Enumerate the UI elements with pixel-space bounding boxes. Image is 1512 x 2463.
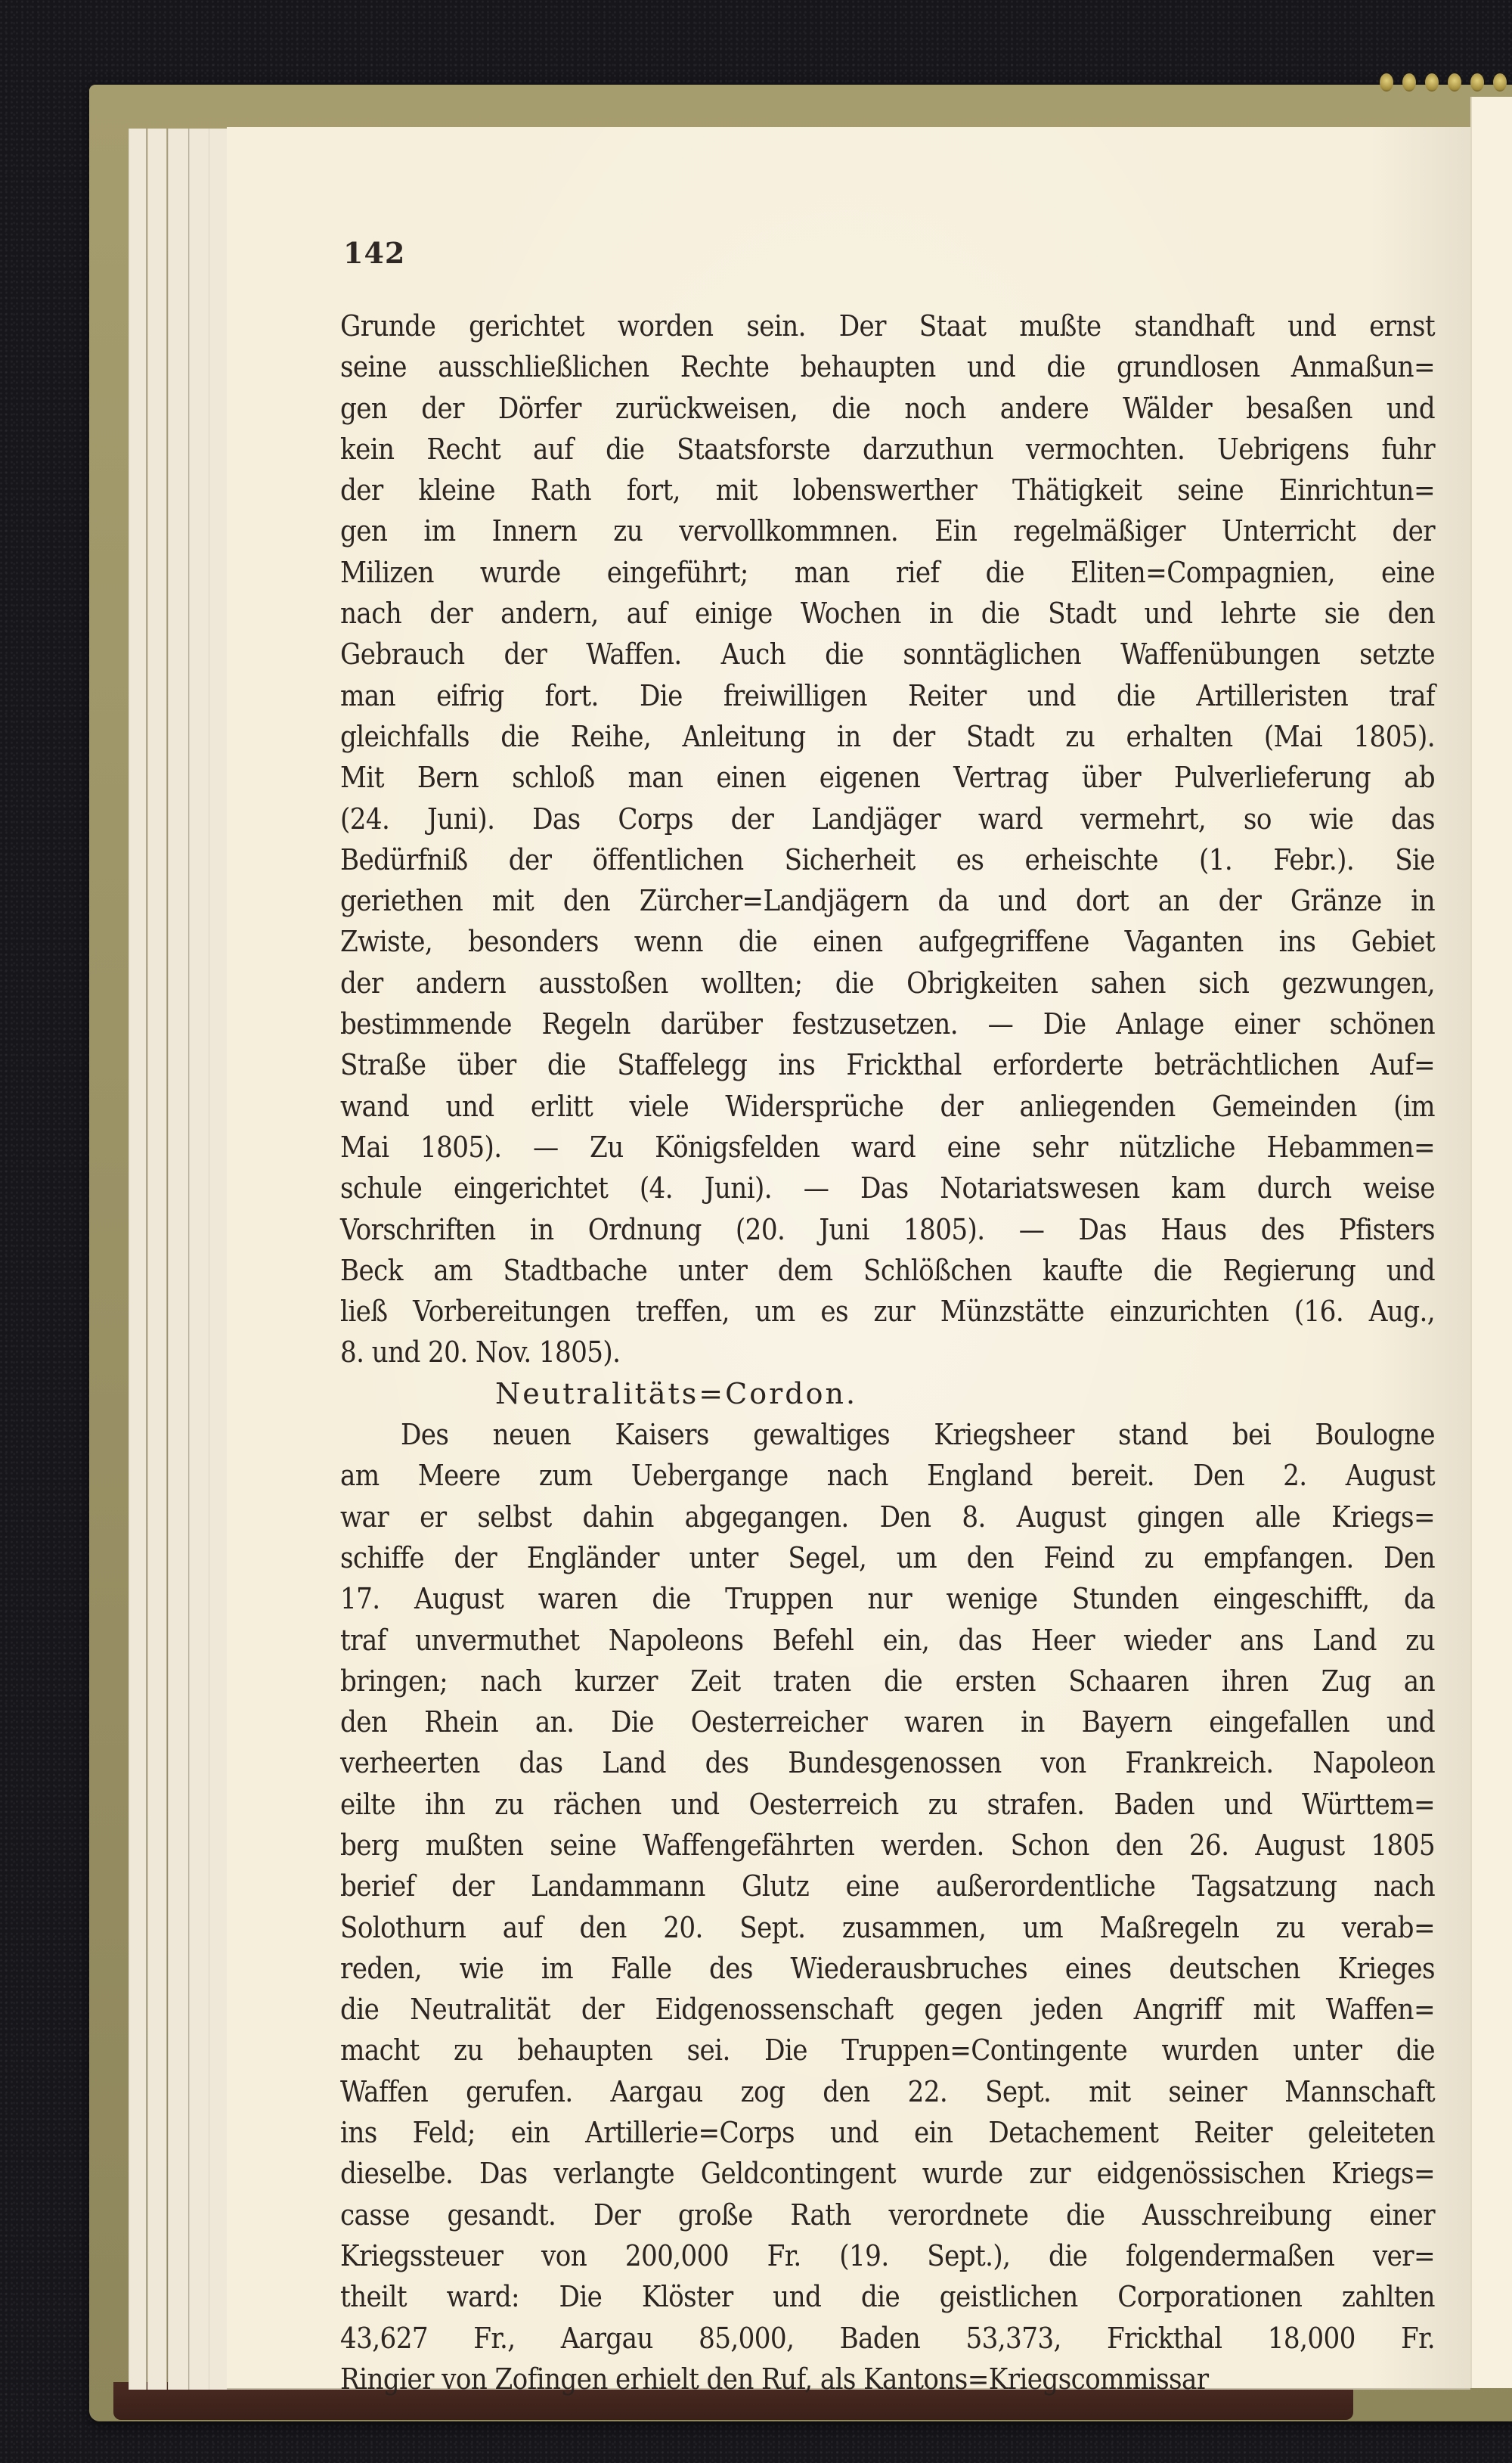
text-line: macht zu behaupten sei. Die Truppen=Cont… <box>340 2030 1435 2071</box>
text-line: gleichfalls die Reihe, Anleitung in der … <box>340 716 1435 757</box>
text-line: wand und erlitt viele Widersprüche der a… <box>340 1086 1435 1127</box>
text-line: der kleine Rath fort, mit lobenswerther … <box>340 470 1435 510</box>
text-line: Beck am Stadtbache unter dem Schlößchen … <box>340 1250 1435 1291</box>
text-line: 43,627 Fr., Aargau 85,000, Baden 53,373,… <box>340 2318 1435 2359</box>
binding-ring-icon <box>1493 73 1507 92</box>
binding-rings <box>1380 70 1512 95</box>
text-line: war er selbst dahin abgegangen. Den 8. A… <box>340 1497 1435 1537</box>
text-line: berg mußten seine Waffengefährten werden… <box>340 1825 1435 1866</box>
binding-ring-icon <box>1402 73 1416 92</box>
text-line: bestimmende Regeln darüber festzusetzen.… <box>340 1004 1435 1044</box>
text-line: traf unvermuthet Napoleons Befehl ein, d… <box>340 1620 1435 1661</box>
text-line: der andern ausstoßen wollten; die Obrigk… <box>340 963 1435 1004</box>
text-line: verheerten das Land des Bundesgenossen v… <box>340 1742 1435 1783</box>
text-line: Mit Bern schloß man einen eigenen Vertra… <box>340 757 1435 798</box>
text-line: Mai 1805). — Zu Königsfelden ward eine s… <box>340 1127 1435 1168</box>
page-edge <box>147 129 167 2390</box>
section-heading: Neutralitäts=Cordon. <box>340 1373 1435 1414</box>
page-edge <box>189 129 210 2390</box>
binding-ring-icon <box>1448 73 1461 92</box>
binding-ring-icon <box>1380 73 1393 92</box>
text-line: Des neuen Kaisers gewaltiges Kriegsheer … <box>340 1414 1435 1455</box>
page-number: 142 <box>343 236 405 270</box>
text-line: eilte ihn zu rächen und Oesterreich zu s… <box>340 1784 1435 1825</box>
text-line: Zwiste, besonders wenn die einen aufgegr… <box>340 921 1435 962</box>
body-text: Grunde gerichtet worden sein. Der Staat … <box>340 306 1435 2399</box>
binding-ring-icon <box>1470 73 1484 92</box>
text-line: casse gesandt. Der große Rath verordnete… <box>340 2195 1435 2235</box>
text-line: schiffe der Engländer unter Segel, um de… <box>340 1537 1435 1578</box>
text-line: Solothurn auf den 20. Sept. zusammen, um… <box>340 1907 1435 1948</box>
text-line: Waffen gerufen. Aargau zog den 22. Sept.… <box>340 2071 1435 2112</box>
text-line: Bedürfniß der öffentlichen Sicherheit es… <box>340 839 1435 880</box>
text-line: schule eingerichtet (4. Juni). — Das Not… <box>340 1168 1435 1208</box>
text-line: Kriegssteuer von 200,000 Fr. (19. Sept.)… <box>340 2235 1435 2276</box>
text-line: 17. August waren die Truppen nur wenige … <box>340 1578 1435 1619</box>
text-line: bringen; nach kurzer Zeit traten die ers… <box>340 1661 1435 1701</box>
text-line: dieselbe. Das verlangte Geldcontingent w… <box>340 2153 1435 2194</box>
text-line: ins Feld; ein Artillerie=Corps und ein D… <box>340 2112 1435 2153</box>
paragraph-before-heading: Grunde gerichtet worden sein. Der Staat … <box>340 306 1435 1373</box>
text-line: am Meere zum Uebergange nach England ber… <box>340 1455 1435 1496</box>
text-line: den Rhein an. Die Oesterreicher waren in… <box>340 1701 1435 1742</box>
paragraph-after-heading: Des neuen Kaisers gewaltiges Kriegsheer … <box>340 1414 1435 2399</box>
text-line: geriethen mit den Zürcher=Landjägern da … <box>340 880 1435 921</box>
text-line: gen der Dörfer zurückweisen, die noch an… <box>340 388 1435 429</box>
text-line: nach der andern, auf einige Wochen in di… <box>340 593 1435 634</box>
page-edge <box>168 129 189 2390</box>
text-line: berief der Landammann Glutz eine außeror… <box>340 1866 1435 1906</box>
text-line: Grunde gerichtet worden sein. Der Staat … <box>340 306 1435 346</box>
text-line: reden, wie im Falle des Wiederausbruches… <box>340 1948 1435 1989</box>
facing-page-edge <box>1470 97 1512 2388</box>
text-line: 8. und 20. Nov. 1805). <box>340 1332 1435 1373</box>
text-line: seine ausschließlichen Rechte behaupten … <box>340 346 1435 387</box>
text-line: Gebrauch der Waffen. Auch die sonntäglic… <box>340 634 1435 675</box>
page-edge <box>129 129 147 2390</box>
binding-ring-icon <box>1425 73 1439 92</box>
text-line: Vorschriften in Ordnung (20. Juni 1805).… <box>340 1209 1435 1250</box>
text-line: (24. Juni). Das Corps der Landjäger ward… <box>340 799 1435 839</box>
text-line: Straße über die Staffelegg ins Frickthal… <box>340 1044 1435 1085</box>
text-line: die Neutralität der Eidgenossenschaft ge… <box>340 1989 1435 2030</box>
text-line: Ringier von Zofingen erhielt den Ruf, al… <box>340 2359 1435 2399</box>
text-line: kein Recht auf die Staatsforste darzuthu… <box>340 429 1435 470</box>
text-line: ließ Vorbereitungen treffen, um es zur M… <box>340 1291 1435 1332</box>
text-line: gen im Innern zu vervollkommnen. Ein reg… <box>340 510 1435 551</box>
text-line: theilt ward: Die Klöster und die geistli… <box>340 2276 1435 2317</box>
text-line: man eifrig fort. Die freiwilligen Reiter… <box>340 675 1435 716</box>
text-line: Milizen wurde eingeführt; man rief die E… <box>340 552 1435 593</box>
